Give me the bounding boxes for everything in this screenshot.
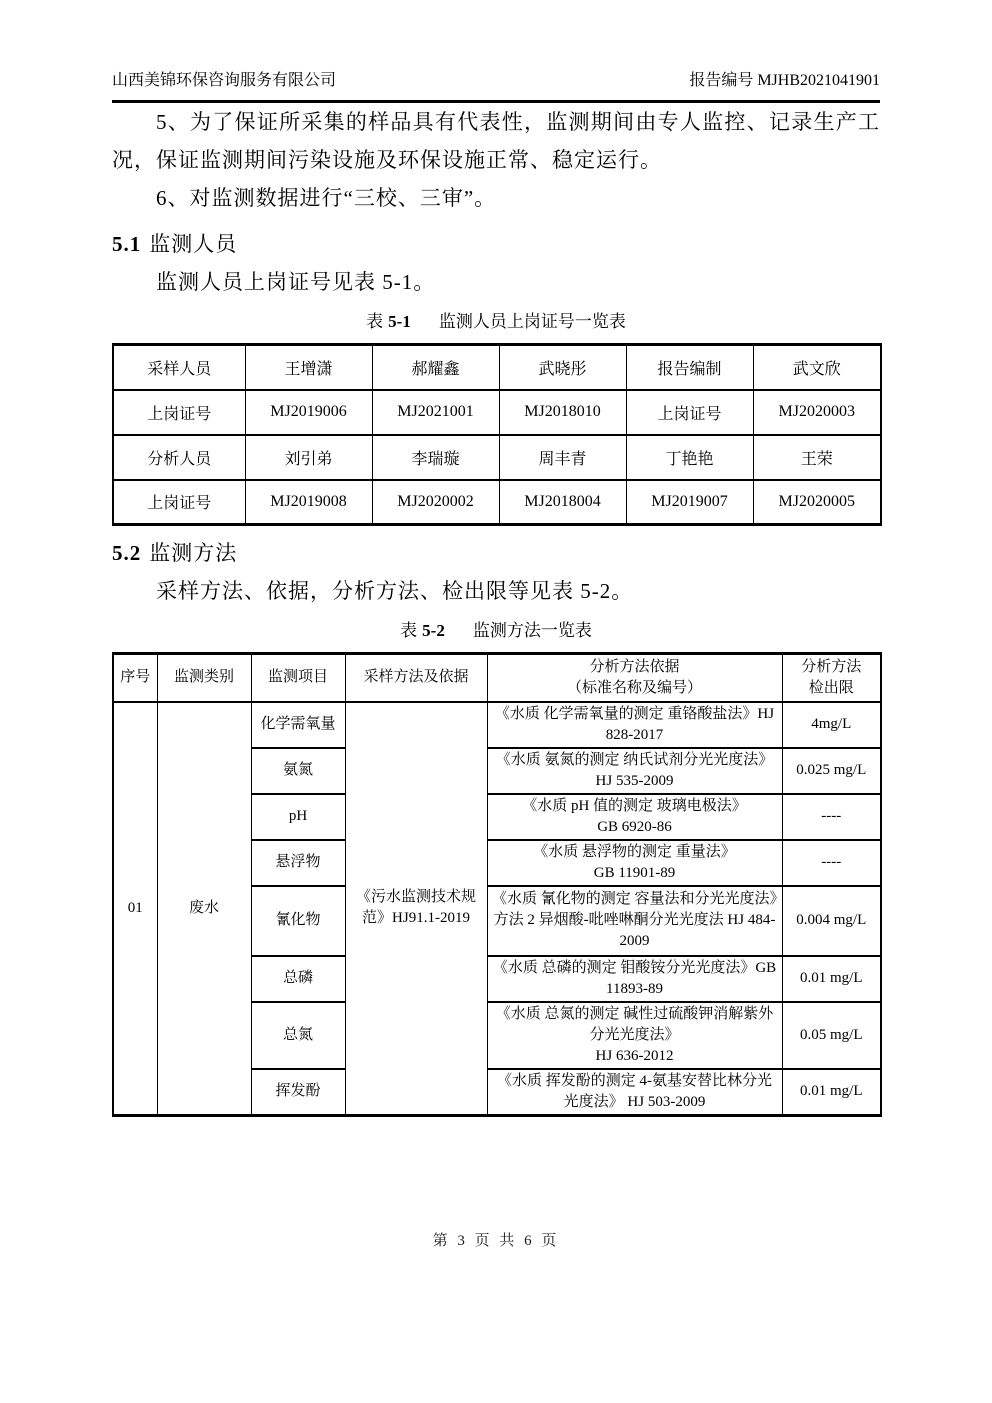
caption-title: 监测人员上岗证号一览表: [439, 312, 626, 331]
analysis-method-cell: 《水质 氨氮的测定 纳氏试剂分光光度法》 HJ 535-2009: [487, 748, 782, 794]
analysis-method-cell: 《水质 pH 值的测定 玻璃电极法》 GB 6920-86: [487, 794, 782, 840]
category-cell: 废水: [157, 702, 251, 1116]
paragraph-5-1: 监测人员上岗证号见表 5-1。: [112, 263, 880, 301]
detection-limit-cell: 0.05 mg/L: [782, 1002, 881, 1069]
section-5-2-heading: 5.2监测方法: [112, 534, 880, 572]
caption-number: 5-1: [388, 312, 411, 331]
detection-limit-cell: ----: [782, 794, 881, 840]
section-title: 监测人员: [149, 232, 237, 256]
table-5-1-caption: 表5-1监测人员上岗证号一览表: [112, 307, 880, 337]
table-cell: MJ2018010: [499, 390, 626, 435]
item-cell: 氨氮: [251, 748, 345, 794]
detection-limit-cell: 4mg/L: [782, 702, 881, 748]
item-cell: pH: [251, 794, 345, 840]
page-footer: 第 3 页 共 6 页: [112, 1229, 880, 1250]
table-cell: 郝耀鑫: [372, 345, 499, 390]
item-cell: 氰化物: [251, 886, 345, 956]
table-cell: 上岗证号: [113, 390, 245, 435]
company-name: 山西美锦环保咨询服务有限公司: [112, 70, 336, 92]
table-header-row: 序号 监测类别 监测项目 采样方法及依据 分析方法依据 （标准名称及编号） 分析…: [113, 654, 881, 702]
detection-limit-cell: ----: [782, 840, 881, 886]
section-number: 5.1: [112, 232, 141, 256]
table-row: 上岗证号 MJ2019008 MJ2020002 MJ2018004 MJ201…: [113, 480, 881, 525]
section-5-1-heading: 5.1监测人员: [112, 225, 880, 263]
item-cell: 总氮: [251, 1002, 345, 1069]
table-cell: MJ2021001: [372, 390, 499, 435]
table-row: 分析人员 刘引弟 李瑞璇 周丰青 丁艳艳 王荣: [113, 435, 881, 480]
item-cell: 总磷: [251, 956, 345, 1002]
detection-limit-cell: 0.01 mg/L: [782, 956, 881, 1002]
detection-limit-cell: 0.004 mg/L: [782, 886, 881, 956]
item-cell: 挥发酚: [251, 1069, 345, 1116]
section-title: 监测方法: [149, 541, 237, 565]
table-cell: MJ2019007: [626, 480, 753, 525]
column-header: 采样方法及依据: [345, 654, 487, 702]
column-header: 分析方法依据 （标准名称及编号）: [487, 654, 782, 702]
table-cell: MJ2019006: [245, 390, 372, 435]
item-cell: 化学需氧量: [251, 702, 345, 748]
column-header: 监测项目: [251, 654, 345, 702]
table-cell: 王增潇: [245, 345, 372, 390]
table-cell: MJ2020002: [372, 480, 499, 525]
report-number: 报告编号 MJHB2021041901: [689, 70, 880, 92]
table-cell: 采样人员: [113, 345, 245, 390]
table-cell: MJ2018004: [499, 480, 626, 525]
table-row: 采样人员 王增潇 郝耀鑫 武晓彤 报告编制 武文欣: [113, 345, 881, 390]
table-cell: 周丰青: [499, 435, 626, 480]
analysis-method-cell: 《水质 总磷的测定 钼酸铵分光光度法》GB 11893-89: [487, 956, 782, 1002]
analysis-method-cell: 《水质 总氮的测定 碱性过硫酸钾消解紫外分光光度法》 HJ 636-2012: [487, 1002, 782, 1069]
analysis-method-cell: 《水质 挥发酚的测定 4-氨基安替比林分光光度法》 HJ 503-2009: [487, 1069, 782, 1116]
document-header: 山西美锦环保咨询服务有限公司 报告编号 MJHB2021041901: [112, 0, 880, 92]
table-cell: 报告编制: [626, 345, 753, 390]
table-row: 上岗证号 MJ2019006 MJ2021001 MJ2018010 上岗证号 …: [113, 390, 881, 435]
table-cell: 李瑞璇: [372, 435, 499, 480]
table-cell: 王荣: [753, 435, 881, 480]
caption-number: 5-2: [422, 621, 445, 640]
table-cell: 刘引弟: [245, 435, 372, 480]
table-cell: 上岗证号: [626, 390, 753, 435]
table-cell: MJ2020003: [753, 390, 881, 435]
analysis-method-cell: 《水质 化学需氧量的测定 重铬酸盐法》HJ 828-2017: [487, 702, 782, 748]
table-cell: 上岗证号: [113, 480, 245, 525]
item-cell: 悬浮物: [251, 840, 345, 886]
analysis-method-cell: 《水质 悬浮物的测定 重量法》 GB 11901-89: [487, 840, 782, 886]
caption-prefix: 表: [366, 312, 383, 331]
column-header: 监测类别: [157, 654, 251, 702]
analysis-method-cell: 《水质 氰化物的测定 容量法和分光光度法》方法 2 异烟酸-吡唑啉酮分光光度法 …: [487, 886, 782, 956]
column-header: 分析方法 检出限: [782, 654, 881, 702]
table-row: 01 废水 化学需氧量 《污水监测技术规范》HJ91.1-2019 《水质 化学…: [113, 702, 881, 748]
caption-title: 监测方法一览表: [473, 621, 592, 640]
document-page: 山西美锦环保咨询服务有限公司 报告编号 MJHB2021041901 5、为了保…: [0, 0, 992, 1403]
section-number: 5.2: [112, 541, 141, 565]
paragraph-5-2: 采样方法、依据，分析方法、检出限等见表 5-2。: [112, 572, 880, 610]
sequence-cell: 01: [113, 702, 157, 1116]
table-cell: 武晓彤: [499, 345, 626, 390]
paragraph-5: 5、为了保证所采集的样品具有代表性，监测期间由专人监控、记录生产工况，保证监测期…: [112, 103, 880, 179]
paragraph-6: 6、对监测数据进行“三校、三审”。: [112, 179, 880, 217]
personnel-table: 采样人员 王增潇 郝耀鑫 武晓彤 报告编制 武文欣 上岗证号 MJ2019006…: [112, 343, 882, 526]
methods-table: 序号 监测类别 监测项目 采样方法及依据 分析方法依据 （标准名称及编号） 分析…: [112, 652, 882, 1117]
table-cell: 丁艳艳: [626, 435, 753, 480]
column-header: 序号: [113, 654, 157, 702]
page-content: 山西美锦环保咨询服务有限公司 报告编号 MJHB2021041901 5、为了保…: [112, 0, 880, 1250]
table-5-2-caption: 表5-2监测方法一览表: [112, 616, 880, 646]
caption-prefix: 表: [400, 621, 417, 640]
table-cell: MJ2020005: [753, 480, 881, 525]
detection-limit-cell: 0.01 mg/L: [782, 1069, 881, 1116]
table-cell: 分析人员: [113, 435, 245, 480]
sampling-method-cell: 《污水监测技术规范》HJ91.1-2019: [345, 702, 487, 1116]
table-cell: 武文欣: [753, 345, 881, 390]
detection-limit-cell: 0.025 mg/L: [782, 748, 881, 794]
table-cell: MJ2019008: [245, 480, 372, 525]
